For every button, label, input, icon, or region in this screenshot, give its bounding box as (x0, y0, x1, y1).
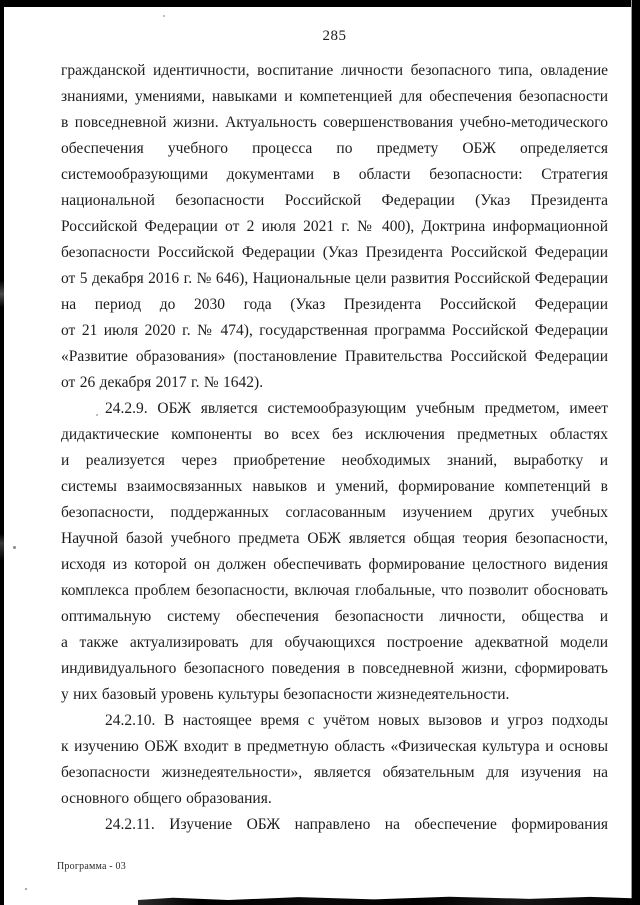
footer-running-title: Программа - 03 (57, 861, 126, 872)
text-line: безопасности Российской Федерации (Указ … (61, 240, 608, 266)
text-line: на период до 2030 года (Указ Президента … (61, 292, 608, 318)
text-line: оптимальную систему обеспечения безопасн… (61, 604, 608, 630)
paragraph: 24.2.10. В настоящее время с учётом новы… (61, 708, 608, 812)
scan-speck (25, 888, 27, 890)
text-line: а также актуализировать для обучающихся … (61, 630, 608, 656)
text-line: основного общего образования. (61, 786, 608, 812)
scan-speck (96, 414, 98, 416)
page-number: 285 (61, 28, 608, 45)
text-line: знаниями, умениями, навыками и компетенц… (61, 84, 608, 110)
text-line: у них базовый уровень культуры безопасно… (61, 682, 608, 708)
scan-edge-right (631, 0, 640, 905)
text-line: «Развитие образования» (постановление Пр… (61, 344, 608, 370)
text-line: от 5 декабря 2016 г. № 646), Национальны… (61, 266, 608, 292)
text-line: Научной базой учебного предмета ОБЖ явля… (61, 526, 608, 552)
scan-speck (163, 15, 165, 17)
text-line: обеспечения учебного процесса по предмет… (61, 136, 608, 162)
text-line: 24.2.10. В настоящее время с учётом новы… (61, 708, 608, 734)
text-line: безопасности, поддержанных согласованным… (61, 500, 608, 526)
text-line: индивидуального безопасного поведения в … (61, 656, 608, 682)
scan-edge-top (0, 0, 640, 7)
text-line: национальной безопасности Российской Фед… (61, 188, 608, 214)
paragraph: гражданской идентичности, воспитание лич… (61, 58, 608, 396)
text-block: гражданской идентичности, воспитание лич… (61, 58, 608, 838)
text-line: к изучению ОБЖ входит в предметную облас… (61, 734, 608, 760)
text-line: Российской Федерации от 2 июля 2021 г. №… (61, 214, 608, 240)
text-line: гражданской идентичности, воспитание лич… (61, 58, 608, 84)
text-line: 24.2.11. Изучение ОБЖ направлено на обес… (61, 812, 608, 838)
text-line: от 21 июля 2020 г. № 474), государственн… (61, 318, 608, 344)
text-line: дидактические компоненты во всех без иск… (61, 422, 608, 448)
text-line: системы взаимосвязанных навыков и умений… (61, 474, 608, 500)
text-line: исходя из которой он должен обеспечивать… (61, 552, 608, 578)
text-line: 24.2.9. ОБЖ является системообразующим у… (61, 396, 608, 422)
paragraph: 24.2.9. ОБЖ является системообразующим у… (61, 396, 608, 708)
text-line: от 26 декабря 2017 г. № 1642). (61, 370, 608, 396)
text-line: комплекса проблем безопасности, включая … (61, 578, 608, 604)
scan-edge-left (0, 0, 4, 905)
text-line: в повседневной жизни. Актуальность совер… (61, 110, 608, 136)
text-line: системообразующими документами в области… (61, 162, 608, 188)
scan-speck (13, 546, 16, 549)
text-line: безопасности жизнедеятельности», являетс… (61, 760, 608, 786)
scan-edge-bottom (138, 896, 640, 905)
paragraph: 24.2.11. Изучение ОБЖ направлено на обес… (61, 812, 608, 838)
text-line: и реализуется через приобретение необход… (61, 448, 608, 474)
